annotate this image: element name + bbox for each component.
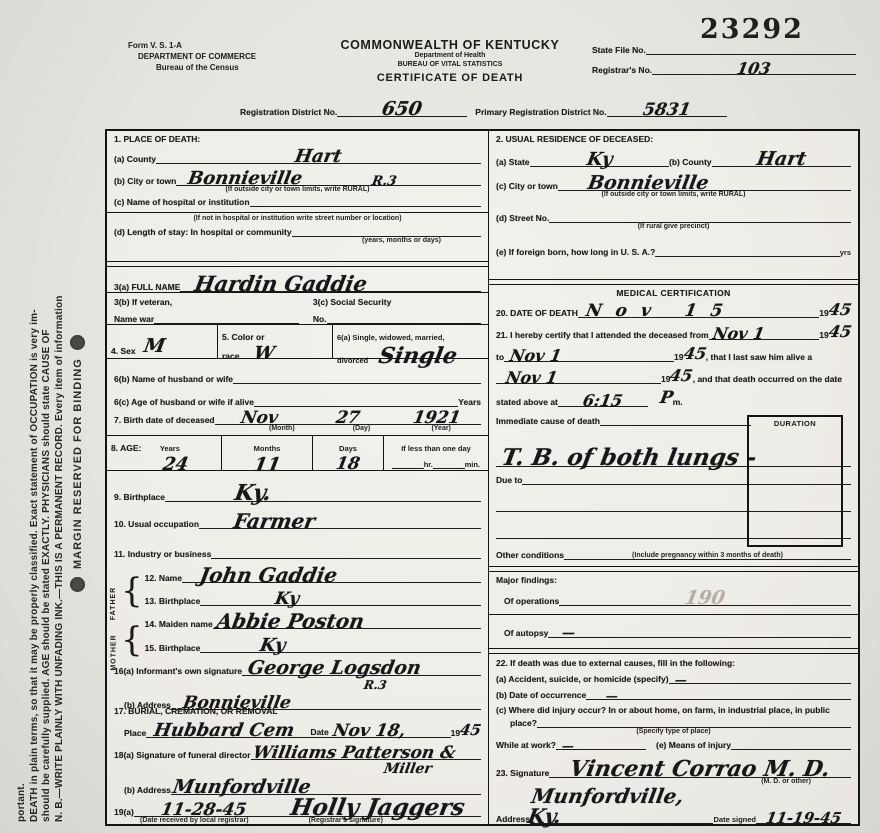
s2d-line — [549, 212, 851, 223]
s23-addr-line: Munfordville, Ky. — [530, 786, 713, 824]
s2e-label: (e) If foreign born, how long in U. S. A… — [496, 247, 655, 257]
s14-line: Abbie Poston — [213, 611, 481, 629]
s5-label1: 5. Color or — [222, 332, 265, 342]
s22c-note: (Specify type of place) — [496, 728, 851, 735]
s11-line — [211, 548, 481, 559]
s1a-line: Hart — [156, 148, 481, 164]
father-block: FATHER { 12. Name John Gaddie 13. Birthp… — [107, 559, 488, 608]
s2b-line: Hart — [712, 150, 851, 167]
s16a-line: George Logsdon — [242, 659, 481, 676]
father-brace: { — [121, 576, 143, 607]
duration-label: DURATION — [749, 417, 841, 428]
s8-months-label: Months — [254, 444, 281, 453]
s3c-line — [327, 313, 481, 324]
s1d-line — [292, 226, 481, 237]
s7-year: 1921 — [411, 410, 461, 427]
s1a-label: (a) County — [114, 154, 156, 164]
stamped-file-number: 23292 — [700, 14, 804, 45]
section-place-of-death: 1. PLACE OF DEATH: (a) County Hart (b) C… — [107, 131, 488, 261]
margin-warning-line2: should be carefully supplied. AGE should… — [41, 22, 54, 822]
industry-row: 11. Industry or business — [107, 529, 488, 558]
last-seen-year: 45 — [669, 368, 694, 384]
s18a-line: Williams Patterson & — [251, 745, 482, 760]
s15-line: Ky — [200, 637, 481, 653]
marital-cell: 6(a) Single, widowed, married, divorced … — [333, 325, 488, 358]
attended-from-year: 45 — [827, 324, 852, 340]
s10-label: 10. Usual occupation — [114, 519, 199, 529]
s21-l3: , and that death occurred on the date — [693, 374, 842, 384]
s22a-mark: — — [674, 674, 688, 686]
s7-day: 27 — [334, 410, 361, 427]
s11-label: 11. Industry or business — [114, 549, 211, 559]
bureau-census: Bureau of the Census — [128, 62, 256, 73]
s22a-line: — — [669, 673, 851, 684]
s3a-line: Hardin Gaddie — [180, 273, 481, 292]
s13-label: 13. Birthplace — [145, 596, 201, 606]
s19-date-line: 11-28-45 — [134, 802, 274, 817]
s6b-line — [233, 373, 481, 384]
s22a-label: (a) Accident, suicide, or homicide (spec… — [496, 674, 669, 684]
s6c-unit: Years — [458, 397, 481, 407]
s8-less3: min. — [465, 460, 480, 469]
physician-area: 23. Signature Vincent Corrao M. D. (M. D… — [496, 758, 851, 824]
birthplace-row: 9. Birthplace Ky. — [107, 471, 488, 502]
margin-warning-line4: portant. — [16, 22, 29, 822]
right-column: 2. USUAL RESIDENCE OF DECEASED: (a) Stat… — [489, 131, 858, 824]
s22c-label1: (c) Where did injury occur? In or about … — [496, 705, 851, 715]
s1b-extra: R.3 — [371, 175, 398, 188]
other-label: Other conditions — [496, 550, 564, 560]
s6b-label: 6(b) Name of husband or wife — [114, 374, 233, 384]
mother-birthplace: Ky — [259, 637, 287, 655]
s2a-line: Ky — [530, 151, 669, 167]
s20-line: Nov 15 — [578, 303, 819, 318]
cause-value: T. B. of both lungs - — [500, 446, 758, 469]
left-column: 1. PLACE OF DEATH: (a) County Hart (b) C… — [107, 131, 489, 824]
s22-work-line: — — [556, 739, 646, 750]
attended-row1: 21. I hereby certify that I attended the… — [496, 324, 851, 340]
section-usual-residence: 2. USUAL RESIDENCE OF DECEASED: (a) Stat… — [489, 131, 858, 279]
s22b-mark: — — [605, 690, 619, 702]
s21-l1: 21. I hereby certify that I attended the… — [496, 330, 709, 340]
s2d-label: (d) Street No. — [496, 213, 549, 223]
registrar-no-line: 103 — [652, 61, 856, 75]
registrar-received-date: 11-28-45 — [160, 802, 248, 819]
due-label: Due to — [496, 475, 522, 485]
date-of-death-row: 20. DATE OF DEATH Nov 15 1945 — [496, 302, 851, 318]
s2b-label: (b) County — [669, 157, 712, 167]
med-title: MEDICAL CERTIFICATION — [496, 288, 851, 298]
margin-warning-line3: DEATH in plain terms, so that it may be … — [29, 22, 42, 822]
findings-label: Major findings: — [496, 575, 851, 585]
s6a-label2: divorced — [337, 356, 368, 365]
reg-district-label: Registration District No. — [240, 107, 337, 117]
death-date-value: Nov 15 — [584, 303, 737, 320]
binding-label: MARGIN RESERVED FOR BINDING — [72, 358, 84, 569]
burial-date: Nov 18, — [331, 723, 406, 740]
s21-v1-line: Nov 1 — [709, 326, 820, 340]
death-date-year: 45 — [827, 302, 852, 318]
mother-side-label: MOTHER — [107, 649, 121, 656]
file-numbers: State File No. Registrar's No. 103 — [592, 44, 856, 81]
s8-min-line — [433, 458, 465, 469]
form-identifier: Form V. S. 1-A DEPARTMENT OF COMMERCE Bu… — [128, 40, 256, 73]
physician-address: Munfordville, Ky. — [526, 786, 717, 826]
s12-line: John Gaddie — [182, 565, 481, 583]
other-line: (Include pregnancy within 3 months of de… — [564, 549, 851, 560]
s16a-label: 16(a) Informant's own signature — [114, 666, 242, 676]
attended-row2: to Nov 1 1945 , that I last saw him aliv… — [496, 346, 851, 362]
primary-district-label: Primary Registration District No. — [475, 107, 606, 117]
registrar-no-value: 103 — [736, 61, 772, 77]
s15-label: 15. Birthplace — [145, 643, 201, 653]
sex-race-marital-row: 4. Sex M 5. Color or race W 6(a) Single,… — [107, 324, 488, 359]
s8-years-label: Years — [160, 444, 180, 453]
s21-l4: stated above at — [496, 397, 558, 407]
s2-title: 2. USUAL RESIDENCE OF DECEASED: — [496, 134, 851, 144]
s4-label: 4. Sex — [111, 346, 136, 356]
form-number: Form V. S. 1-A — [128, 40, 256, 51]
s2e-line — [655, 246, 839, 257]
s22-title: 22. If death was due to external causes,… — [496, 658, 851, 668]
duration-box: DURATION — [747, 415, 843, 547]
s3b-label1: 3(b) If veteran, — [114, 297, 299, 307]
physician-signature: Vincent Corrao M. D. — [568, 758, 832, 780]
s21-v3-line: Nov 1 — [496, 370, 661, 384]
age-days-cell: Days 18 — [313, 436, 384, 470]
attended-row3: Nov 1 1945 , and that death occurred on … — [496, 368, 851, 384]
s2e-unit: yrs — [840, 248, 851, 257]
s22e-line — [731, 739, 851, 750]
s3b-line — [154, 313, 299, 324]
s23-addr-label: Address — [496, 814, 530, 824]
punch-hole-icon — [70, 577, 85, 592]
dept-health: Department of Health — [300, 52, 600, 61]
age-less-cell: If less than one day hr. min. — [384, 436, 488, 470]
s13-line: Ky — [200, 591, 481, 606]
death-time: 6:15 — [582, 393, 624, 409]
s18a-label: 18(a) Signature of funeral director — [114, 750, 251, 760]
margin-warning-line1: N. B.—WRITE PLAINLY WITH UNFADING INK.—T… — [54, 22, 67, 822]
cause-line1 — [600, 415, 751, 426]
age-row: 8. AGE: Years 24 Months 11 Days 18 If le… — [107, 435, 488, 471]
margin-binding-text: MARGIN RESERVED FOR BINDING — [70, 335, 85, 592]
s9-value: Ky. — [233, 482, 273, 504]
s7-day-line: 27 — [303, 410, 392, 425]
s22-work-label: While at work? — [496, 740, 556, 750]
s19-sig-line: Holly Jaggers — [274, 796, 481, 817]
s2c-label: (c) City or town — [496, 181, 558, 191]
s6c-label: 6(c) Age of husband or wife if alive — [114, 397, 254, 407]
s17-title: 17. BURIAL, CREMATION, OR REMOVAL — [114, 706, 481, 716]
s21-to: to — [496, 352, 504, 362]
bureau-vital-statistics: BUREAU OF VITAL STATISTICS — [300, 61, 600, 70]
attended-from: Nov 1 — [711, 326, 765, 342]
s2c-line: Bonnieville — [558, 174, 851, 191]
age-days: 18 — [335, 456, 362, 473]
funeral-director-block: 18(a) Signature of funeral director Will… — [107, 742, 488, 793]
s17-place-label: Place — [124, 728, 146, 738]
s22b-label: (b) Date of occurrence — [496, 690, 586, 700]
s14-label: 14. Maiden name — [145, 619, 213, 629]
external-causes-area: 22. If death was due to external causes,… — [496, 658, 851, 750]
reg-district-value: 650 — [381, 100, 424, 119]
father-side-text: FATHER — [111, 587, 118, 620]
informant-block: 16(a) Informant's own signature George L… — [107, 656, 488, 703]
certificate-title: CERTIFICATE OF DEATH — [300, 72, 600, 84]
commonwealth-title: COMMONWEALTH OF KENTUCKY — [300, 38, 600, 52]
mother-side-text: MOTHER — [111, 634, 118, 670]
s6c-line — [254, 396, 458, 407]
op-line: 190 — [559, 589, 851, 606]
s3a-label: 3(a) FULL NAME — [114, 282, 180, 292]
autopsy-line: — — [548, 627, 851, 638]
s17-date-label: Date — [310, 727, 328, 737]
funeral-director-signature2: Miller — [383, 762, 433, 776]
scanned-paper: portant. DEATH in plain terms, so that i… — [0, 0, 880, 833]
s7-year-line: 1921 — [392, 410, 481, 425]
s9-label: 9. Birthplace — [114, 492, 165, 502]
primary-district-value: 5831 — [641, 102, 691, 119]
s1c-line — [250, 196, 481, 207]
age-months: 11 — [252, 456, 282, 475]
s2c-value: Bonnieville — [586, 174, 710, 193]
state-file-label: State File No. — [592, 45, 646, 55]
state-file-line — [646, 44, 856, 55]
s7-month: Nov — [239, 410, 279, 427]
father-name: John Gaddie — [198, 565, 339, 585]
s3c-label2: No. — [313, 314, 327, 324]
age-years: 24 — [161, 456, 189, 474]
op-faint-mark: 190 — [684, 589, 727, 608]
s8-label: 8. AGE: — [111, 443, 141, 453]
s2a-label: (a) State — [496, 157, 530, 167]
father-side-label: FATHER — [107, 600, 121, 607]
s2a-value: Ky — [585, 151, 613, 169]
birth-date-row: 7. Birth date of deceased Nov 27 1921 (M… — [107, 407, 488, 435]
major-findings-area: Major findings: Of operations 190 Of aut… — [496, 575, 851, 638]
s22b-line: — — [586, 689, 851, 700]
sex-value: M — [142, 337, 166, 356]
funeral-director-address: Munfordville — [171, 778, 312, 797]
s23-sig-line: Vincent Corrao M. D. — [549, 758, 851, 778]
dept-commerce: DEPARTMENT OF COMMERCE — [128, 51, 256, 62]
s23-label: 23. Signature — [496, 768, 549, 778]
s22-work-mark: — — [561, 740, 575, 752]
s8-less2: hr. — [424, 460, 433, 469]
s10-line: Farmer — [199, 511, 481, 529]
registrar-signature: Holly Jaggers — [289, 796, 467, 819]
s7-label: 7. Birth date of deceased — [114, 415, 215, 425]
father-birthplace: Ky — [274, 591, 301, 608]
s3c-label1: 3(c) Social Security — [313, 297, 481, 307]
s7-month-line: Nov — [215, 410, 304, 425]
s22c-label2: place? — [510, 718, 537, 728]
punch-hole-icon — [70, 335, 85, 350]
burial-place: Hubbard Cem — [153, 722, 296, 740]
last-seen-date: Nov 1 — [505, 370, 559, 386]
mother-block: MOTHER { 14. Maiden name Abbie Poston 15… — [107, 607, 488, 656]
registrar-block: 19(a) 11-28-45 Holly Jaggers (Date recei… — [107, 793, 488, 824]
age-years-cell: 8. AGE: Years 24 — [107, 436, 222, 470]
death-ampm: P — [658, 390, 674, 407]
mother-name: Abbie Poston — [215, 611, 366, 631]
informant-signature: George Logsdon — [246, 659, 422, 678]
burial-year: 45 — [459, 723, 483, 738]
s1d-label: (d) Length of stay: In hospital or commu… — [114, 227, 292, 237]
s1b-label: (b) City or town — [114, 176, 176, 186]
s1b-value: Bonnieville — [187, 170, 304, 188]
burial-block: 17. BURIAL, CREMATION, OR REMOVAL Place … — [107, 703, 488, 742]
registrar-no-label: Registrar's No. — [592, 65, 652, 75]
s1-title: 1. PLACE OF DEATH: — [114, 134, 481, 144]
s21-time-line: 6:15 — [558, 393, 648, 407]
s1d-unit: (years, months or days) — [114, 237, 481, 244]
s20-label: 20. DATE OF DEATH — [496, 308, 578, 318]
section-medical-certification: MEDICAL CERTIFICATION 20. DATE OF DEATH … — [489, 285, 858, 824]
veteran-ssn-row: 3(b) If veteran, Name war 3(c) Social Se… — [107, 293, 488, 324]
s22c-line — [537, 717, 851, 728]
s19-label: 19(a) — [114, 807, 134, 817]
s12-label: 12. Name — [145, 573, 182, 583]
s1c-label: (c) Name of hospital or institution — [114, 197, 250, 207]
s21-v2-line: Nov 1 — [504, 348, 674, 362]
mother-brace: { — [121, 625, 143, 656]
race-value: W — [252, 345, 275, 363]
other-note: (Include pregnancy within 3 months of de… — [632, 552, 783, 559]
s8-days-label: Days — [339, 444, 357, 453]
marital-value: Single — [377, 345, 459, 367]
informant-route: R.3 — [363, 679, 388, 691]
certificate-form: 1. PLACE OF DEATH: (a) County Hart (b) C… — [105, 129, 860, 826]
s9-line: Ky. — [165, 482, 481, 502]
s10-value: Farmer — [232, 511, 317, 531]
cause-label: Immediate cause of death — [496, 416, 600, 426]
occupation-row: 10. Usual occupation Farmer — [107, 502, 488, 529]
s17-place-line: Hubbard Cem Date Nov 18, — [146, 722, 450, 738]
district-line: Registration District No. 650 Primary Re… — [240, 100, 856, 117]
attended-to-year: 45 — [682, 346, 707, 362]
primary-district-line: 5831 — [607, 102, 727, 117]
s2d-note: (If rural give precinct) — [496, 223, 851, 230]
s8-less1: If less than one day — [401, 444, 471, 453]
s21-l2: , that I last saw him alive a — [706, 352, 812, 362]
s8-hr-line — [392, 458, 424, 469]
attended-row4: stated above at 6:15 P m. — [496, 390, 851, 407]
s1a-value: Hart — [294, 148, 344, 166]
cause-of-death-area: DURATION Immediate cause of death T. B. … — [496, 415, 851, 560]
s6a-label1: 6(a) Single, widowed, married, — [337, 333, 445, 342]
s22e-label: (e) Means of injury — [656, 740, 731, 750]
s5-label2: race — [222, 351, 240, 361]
race-cell: 5. Color or race W — [218, 325, 333, 358]
document-title-block: COMMONWEALTH OF KENTUCKY Department of H… — [300, 38, 600, 84]
full-name-value: Hardin Gaddie — [194, 273, 370, 294]
autopsy-mark: — — [561, 627, 576, 640]
op-label: Of operations — [504, 596, 559, 606]
attended-to: Nov 1 — [509, 348, 563, 364]
informant-address: Bonnieville — [181, 695, 292, 712]
margin-warning-text: portant. DEATH in plain terms, so that i… — [16, 22, 66, 822]
full-name-row: 3(a) FULL NAME Hardin Gaddie — [107, 267, 488, 292]
reg-district-line: 650 — [337, 100, 467, 117]
physician-date-signed: 11-19-45 — [765, 811, 843, 826]
s23-date-label: Date signed — [713, 815, 756, 824]
s23-date-line: 11-19-45 — [756, 811, 851, 824]
autopsy-label: Of autopsy — [504, 628, 548, 638]
s2b-value: Hart — [755, 150, 807, 169]
age-months-cell: Months 11 — [222, 436, 313, 470]
s1d-note: (If not in hospital or institution write… — [114, 215, 481, 222]
funeral-director-signature: Williams Patterson & — [251, 745, 456, 762]
spouse-age-row: 6(c) Age of husband or wife if alive Yea… — [107, 384, 488, 407]
s3b-label2: Name war — [114, 314, 154, 324]
s1b-line: Bonnieville R.3 — [176, 170, 481, 186]
sex-cell: 4. Sex M — [107, 325, 218, 358]
s21-m: m. — [673, 397, 683, 407]
